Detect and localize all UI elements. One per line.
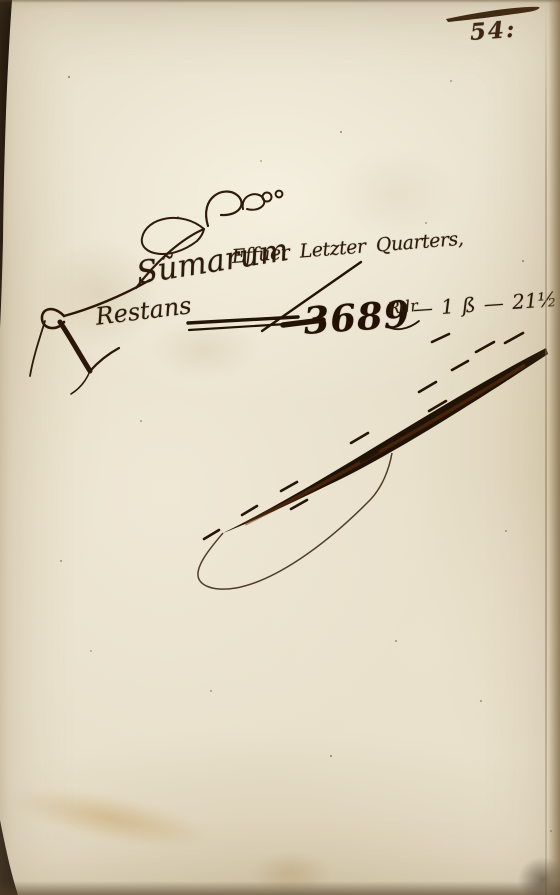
page-fold-crease (545, 0, 547, 895)
ink-flourish-large (198, 333, 548, 589)
page-number: 54: (469, 16, 517, 46)
ink-drawing-layer (0, 0, 560, 895)
page-edge-right (548, 0, 560, 895)
flourish-dashes (204, 333, 523, 539)
flourish-hairline-loop (198, 453, 392, 589)
margin-paraph (30, 280, 150, 394)
page-edge-top (0, 0, 560, 3)
page-edge-bottom (0, 881, 560, 895)
flourish-thick-stroke (223, 348, 548, 533)
manuscript-page: 54: Sũmarum Effuer Letzter Quarters, Res… (0, 0, 560, 895)
page-corner-shadows (0, 0, 18, 895)
